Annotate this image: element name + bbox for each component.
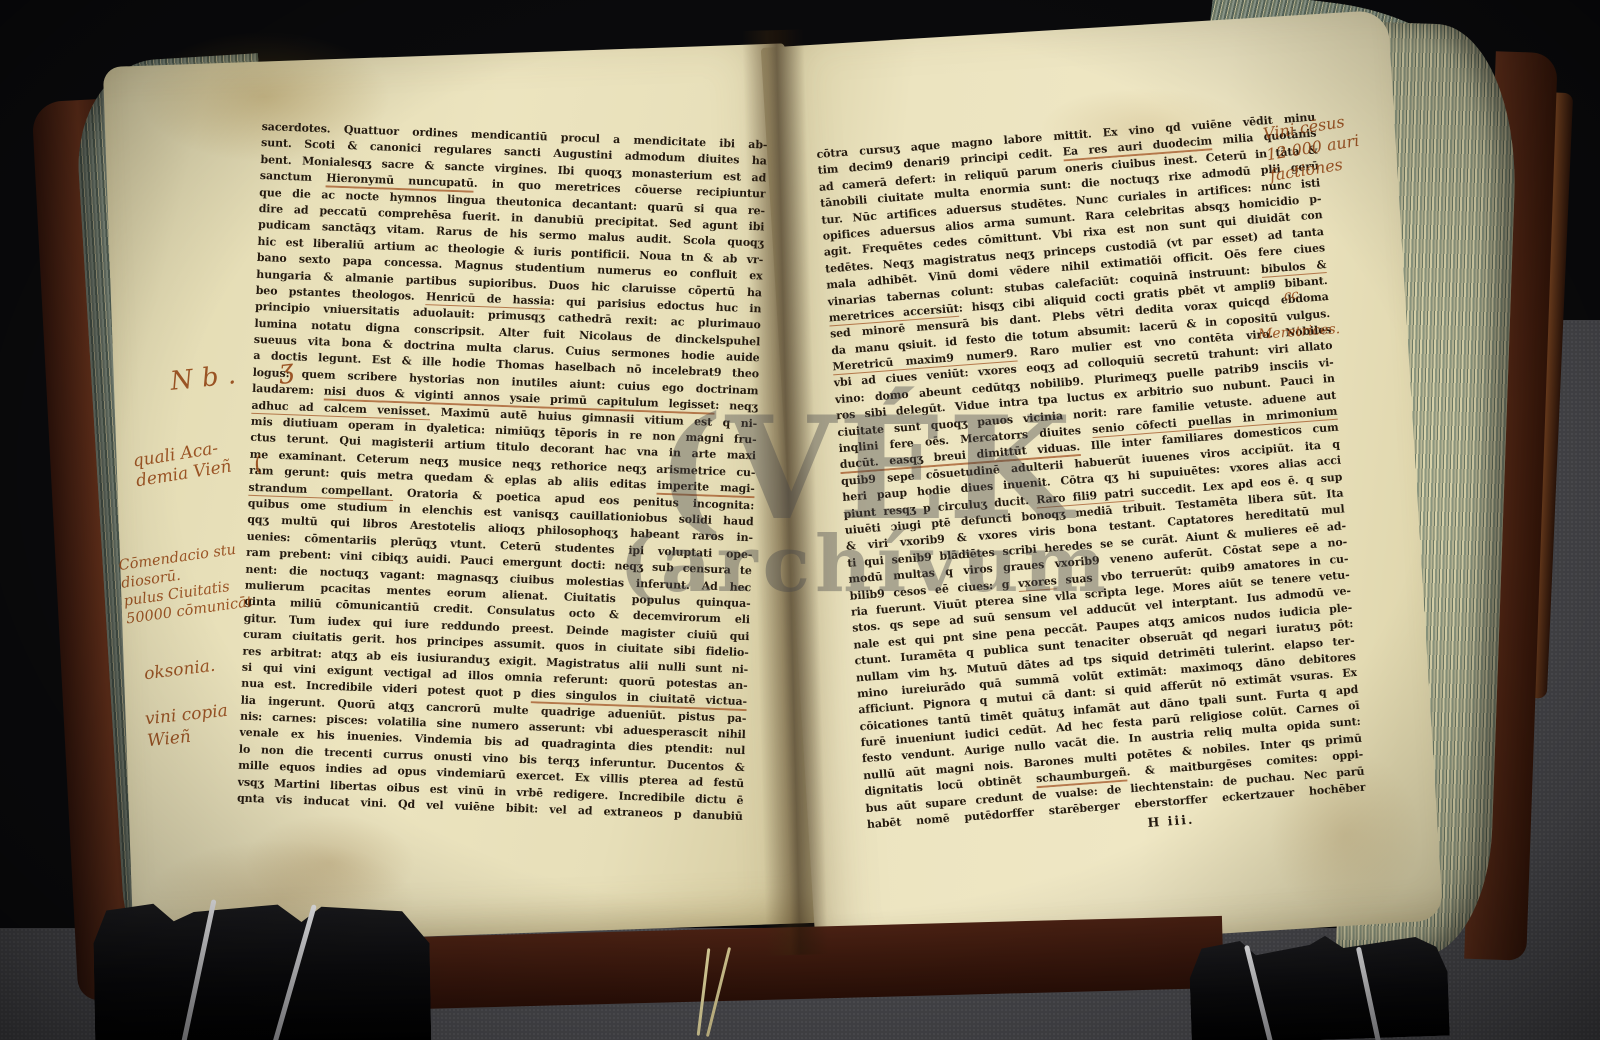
photo-of-open-incunabulum: sacerdotes. Quattuor ordines mendicantiū…	[0, 0, 1600, 1040]
archive-watermark: (VÉK (archívum	[575, 398, 1155, 604]
text-line: cc	[1283, 287, 1299, 303]
watermark-line2: (archívum	[575, 526, 1155, 604]
binder-clip-right	[1188, 930, 1450, 1040]
margin-note-cc: cc	[1283, 287, 1299, 303]
binder-clip-left	[93, 893, 432, 1040]
margin-note-vini-copia: vini copiaWieñ	[144, 700, 231, 752]
